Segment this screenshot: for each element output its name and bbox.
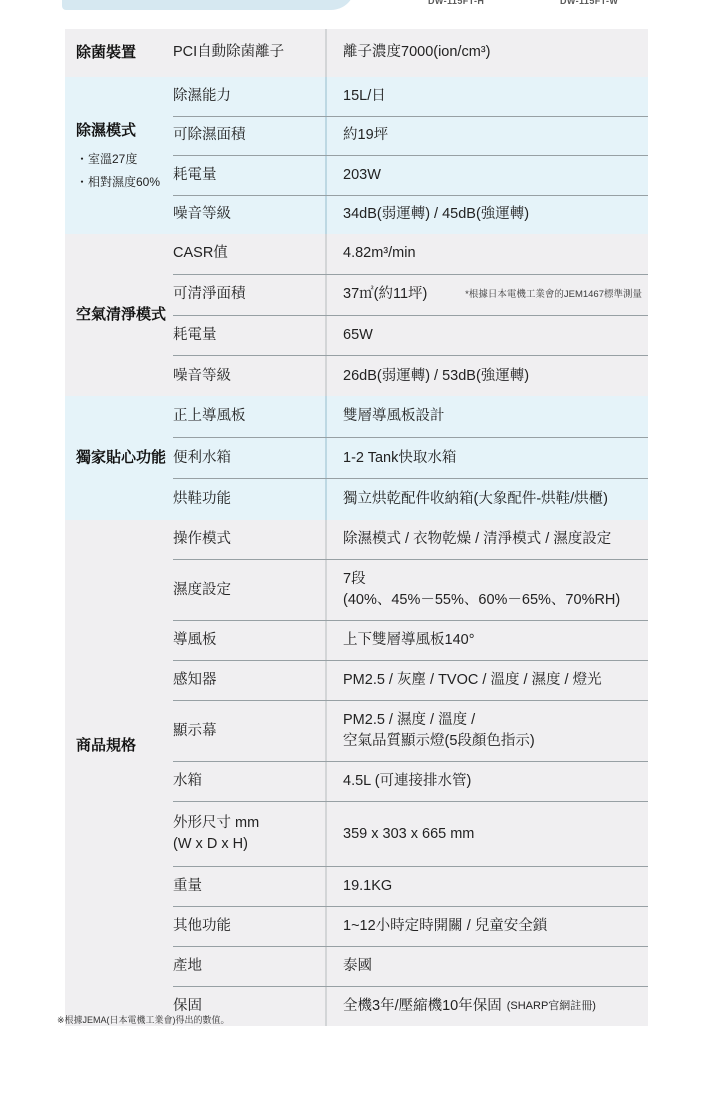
spec-name-line: 外形尺寸 mm (173, 813, 319, 834)
spec-name: 水箱 (173, 771, 325, 792)
spec-value-line: 7段 (343, 569, 620, 590)
spec-row: 烘鞋功能獨立烘乾配件收納箱(大象配件-烘鞋/烘櫃) (173, 479, 648, 520)
spec-row: 除濕能力15L/日 (173, 77, 648, 117)
spec-name: 外形尺寸 mm(W x D x H) (173, 813, 325, 855)
spec-value: 約19坪 (325, 117, 648, 156)
spec-value-text: 19.1KG (343, 876, 392, 897)
spec-name: 顯示幕 (173, 721, 325, 742)
spec-name: 導風板 (173, 630, 325, 651)
spec-value-line: 空氣品質顯示燈(5段顏色指示) (343, 731, 535, 752)
spec-row: PCI自動除菌離子離子濃度7000(ion/cm³) (173, 29, 648, 77)
spec-value: 26dB(弱運轉) / 53dB(強運轉) (325, 356, 648, 396)
section-exclusive-features: 獨家貼心功能正上導風板雙層導風板設計便利水箱1-2 Tank快取水箱烘鞋功能獨立… (65, 396, 648, 520)
section-subnote: ・相對濕度60% (76, 175, 169, 191)
spec-name: 正上導風板 (173, 406, 325, 427)
spec-name: PCI自動除菌離子 (173, 42, 325, 63)
section-title: 商品規格 (76, 736, 169, 756)
spec-value-text: 1-2 Tank快取水箱 (343, 448, 456, 469)
spec-row: 導風板上下雙層導風板140° (173, 621, 648, 661)
spec-name: 烘鞋功能 (173, 489, 325, 510)
spec-row: 操作模式除濕模式 / 衣物乾燥 / 清淨模式 / 濕度設定 (173, 520, 648, 560)
spec-value: 19.1KG (325, 867, 648, 906)
spec-value-text: 泰國 (343, 956, 372, 977)
spec-value-text: 34dB(弱運轉) / 45dB(強運轉) (343, 204, 529, 225)
spec-value: 4.5L (可連接排水管) (325, 762, 648, 801)
spec-name: 可除濕面積 (173, 125, 325, 146)
section-title: 空氣清淨模式 (76, 305, 169, 325)
spec-value-text: 4.82m³/min (343, 243, 416, 264)
spec-value-note: *根據日本電機工業會的JEM1467標準測量 (465, 288, 644, 302)
spec-row: CASR值4.82m³/min (173, 234, 648, 275)
spec-value: 7段(40%、45%－55%、60%－65%、70%RH) (325, 560, 648, 620)
spec-value: 上下雙層導風板140° (325, 621, 648, 660)
section-label: 除菌裝置 (65, 29, 173, 77)
spec-value-text: 203W (343, 165, 381, 186)
spec-value: 359 x 303 x 665 mm (325, 802, 648, 866)
spec-value: 203W (325, 156, 648, 195)
spec-value: PM2.5 / 灰塵 / TVOC / 溫度 / 濕度 / 燈光 (325, 661, 648, 700)
section-product-spec: 商品規格操作模式除濕模式 / 衣物乾燥 / 清淨模式 / 濕度設定濕度設定7段(… (65, 520, 648, 1026)
spec-value: 65W (325, 316, 648, 356)
spec-row: 感知器PM2.5 / 灰塵 / TVOC / 溫度 / 濕度 / 燈光 (173, 661, 648, 701)
spec-name: 噪音等級 (173, 366, 325, 387)
spec-value-line: PM2.5 / 濕度 / 溫度 / (343, 710, 535, 731)
model-label-left: DW-115FT-H (428, 0, 484, 6)
spec-value-text: 37㎡(約11坪) (343, 284, 427, 305)
spec-row: 保固全機3年/壓縮機10年保固(SHARP官網註冊) (173, 987, 648, 1026)
spec-value: 離子濃度7000(ion/cm³) (325, 29, 648, 77)
spec-value: 15L/日 (325, 77, 648, 116)
spec-value-text: 除濕模式 / 衣物乾燥 / 清淨模式 / 濕度設定 (343, 529, 611, 550)
spec-row: 可除濕面積約19坪 (173, 117, 648, 157)
spec-value-text: 約19坪 (343, 125, 388, 146)
section-rows: 正上導風板雙層導風板設計便利水箱1-2 Tank快取水箱烘鞋功能獨立烘乾配件收納… (173, 396, 648, 520)
spec-value-text: PM2.5 / 灰塵 / TVOC / 溫度 / 濕度 / 燈光 (343, 670, 602, 691)
spec-row: 產地泰國 (173, 947, 648, 987)
section-title: 獨家貼心功能 (76, 448, 169, 468)
spec-value: 全機3年/壓縮機10年保固(SHARP官網註冊) (325, 987, 648, 1026)
spec-row: 噪音等級26dB(弱運轉) / 53dB(強運轉) (173, 356, 648, 396)
section-label: 商品規格 (65, 520, 173, 1026)
spec-value-lines: PM2.5 / 濕度 / 溫度 /空氣品質顯示燈(5段顏色指示) (343, 710, 535, 752)
spec-row: 重量19.1KG (173, 867, 648, 907)
spec-value: 1-2 Tank快取水箱 (325, 438, 648, 479)
section-label: 獨家貼心功能 (65, 396, 173, 520)
section-label: 空氣清淨模式 (65, 234, 173, 396)
spec-row: 耗電量65W (173, 316, 648, 357)
spec-value: 1~12小時定時開關 / 兒童安全鎖 (325, 907, 648, 946)
spec-name: 感知器 (173, 670, 325, 691)
section-label: 除濕模式・室溫27度・相對濕度60% (65, 77, 173, 234)
section-title: 除菌裝置 (76, 43, 169, 63)
spec-name: CASR值 (173, 243, 325, 264)
spec-name: 耗電量 (173, 325, 325, 346)
spec-name-line: (W x D x H) (173, 834, 319, 855)
footnote: ※根據JEMA(日本電機工業會)得出的數值。 (57, 1013, 230, 1026)
section-subnote: ・室溫27度 (76, 152, 169, 168)
spec-row: 耗電量203W (173, 156, 648, 196)
spec-value: PM2.5 / 濕度 / 溫度 /空氣品質顯示燈(5段顏色指示) (325, 701, 648, 761)
section-dehumidify-mode: 除濕模式・室溫27度・相對濕度60%除濕能力15L/日可除濕面積約19坪耗電量2… (65, 77, 648, 234)
spec-value-text: 1~12小時定時開關 / 兒童安全鎖 (343, 916, 547, 937)
spec-value-text: 離子濃度7000(ion/cm³) (343, 42, 490, 63)
spec-value-text: 獨立烘乾配件收納箱(大象配件-烘鞋/烘櫃) (343, 489, 608, 510)
spec-value: 獨立烘乾配件收納箱(大象配件-烘鞋/烘櫃) (325, 479, 648, 520)
section-rows: 操作模式除濕模式 / 衣物乾燥 / 清淨模式 / 濕度設定濕度設定7段(40%、… (173, 520, 648, 1026)
spec-row: 便利水箱1-2 Tank快取水箱 (173, 438, 648, 480)
spec-row: 其他功能1~12小時定時開關 / 兒童安全鎖 (173, 907, 648, 947)
spec-value-small: (SHARP官網註冊) (507, 999, 596, 1015)
spec-row: 水箱4.5L (可連接排水管) (173, 762, 648, 802)
spec-value-line: (40%、45%－55%、60%－65%、70%RH) (343, 590, 620, 611)
spec-row: 外形尺寸 mm(W x D x H)359 x 303 x 665 mm (173, 802, 648, 867)
spec-value: 4.82m³/min (325, 234, 648, 274)
spec-name: 耗電量 (173, 165, 325, 186)
spec-value: 泰國 (325, 947, 648, 986)
section-sterilizer: 除菌裝置PCI自動除菌離子離子濃度7000(ion/cm³) (65, 29, 648, 77)
spec-name: 噪音等級 (173, 204, 325, 225)
spec-value-text: 4.5L (可連接排水管) (343, 771, 471, 792)
spec-name: 便利水箱 (173, 448, 325, 469)
spec-row: 濕度設定7段(40%、45%－55%、60%－65%、70%RH) (173, 560, 648, 621)
section-rows: CASR值4.82m³/min可清淨面積37㎡(約11坪)*根據日本電機工業會的… (173, 234, 648, 396)
spec-value-text: 15L/日 (343, 86, 386, 107)
spec-value: 除濕模式 / 衣物乾燥 / 清淨模式 / 濕度設定 (325, 520, 648, 559)
spec-name: 操作模式 (173, 529, 325, 550)
spec-name: 除濕能力 (173, 86, 325, 107)
spec-value-text: 359 x 303 x 665 mm (343, 824, 474, 845)
section-rows: PCI自動除菌離子離子濃度7000(ion/cm³) (173, 29, 648, 77)
spec-name: 濕度設定 (173, 580, 325, 601)
spec-value-lines: 7段(40%、45%－55%、60%－65%、70%RH) (343, 569, 620, 611)
spec-value: 37㎡(約11坪)*根據日本電機工業會的JEM1467標準測量 (325, 275, 648, 315)
spec-name: 重量 (173, 876, 325, 897)
section-air-clean-mode: 空氣清淨模式CASR值4.82m³/min可清淨面積37㎡(約11坪)*根據日本… (65, 234, 648, 396)
spec-value-text: 雙層導風板設計 (343, 406, 445, 427)
spec-value-text: 上下雙層導風板140° (343, 630, 475, 651)
spec-row: 正上導風板雙層導風板設計 (173, 396, 648, 438)
spec-name: 其他功能 (173, 916, 325, 937)
section-title: 除濕模式 (76, 121, 169, 141)
spec-value-text: 全機3年/壓縮機10年保固 (343, 996, 502, 1017)
header-card-remnant (62, 0, 355, 10)
spec-value-text: 26dB(弱運轉) / 53dB(強運轉) (343, 366, 529, 387)
spec-value-text: 65W (343, 325, 373, 346)
spec-name: 產地 (173, 956, 325, 977)
section-rows: 除濕能力15L/日可除濕面積約19坪耗電量203W噪音等級34dB(弱運轉) /… (173, 77, 648, 234)
spec-name: 可清淨面積 (173, 284, 325, 305)
spec-value: 雙層導風板設計 (325, 396, 648, 437)
model-label-right: DW-115FT-W (560, 0, 618, 6)
spec-row: 可清淨面積37㎡(約11坪)*根據日本電機工業會的JEM1467標準測量 (173, 275, 648, 316)
spec-row: 顯示幕PM2.5 / 濕度 / 溫度 /空氣品質顯示燈(5段顏色指示) (173, 701, 648, 762)
spec-row: 噪音等級34dB(弱運轉) / 45dB(強運轉) (173, 196, 648, 235)
spec-table: 除菌裝置PCI自動除菌離子離子濃度7000(ion/cm³)除濕模式・室溫27度… (65, 29, 648, 1026)
spec-value: 34dB(弱運轉) / 45dB(強運轉) (325, 196, 648, 235)
